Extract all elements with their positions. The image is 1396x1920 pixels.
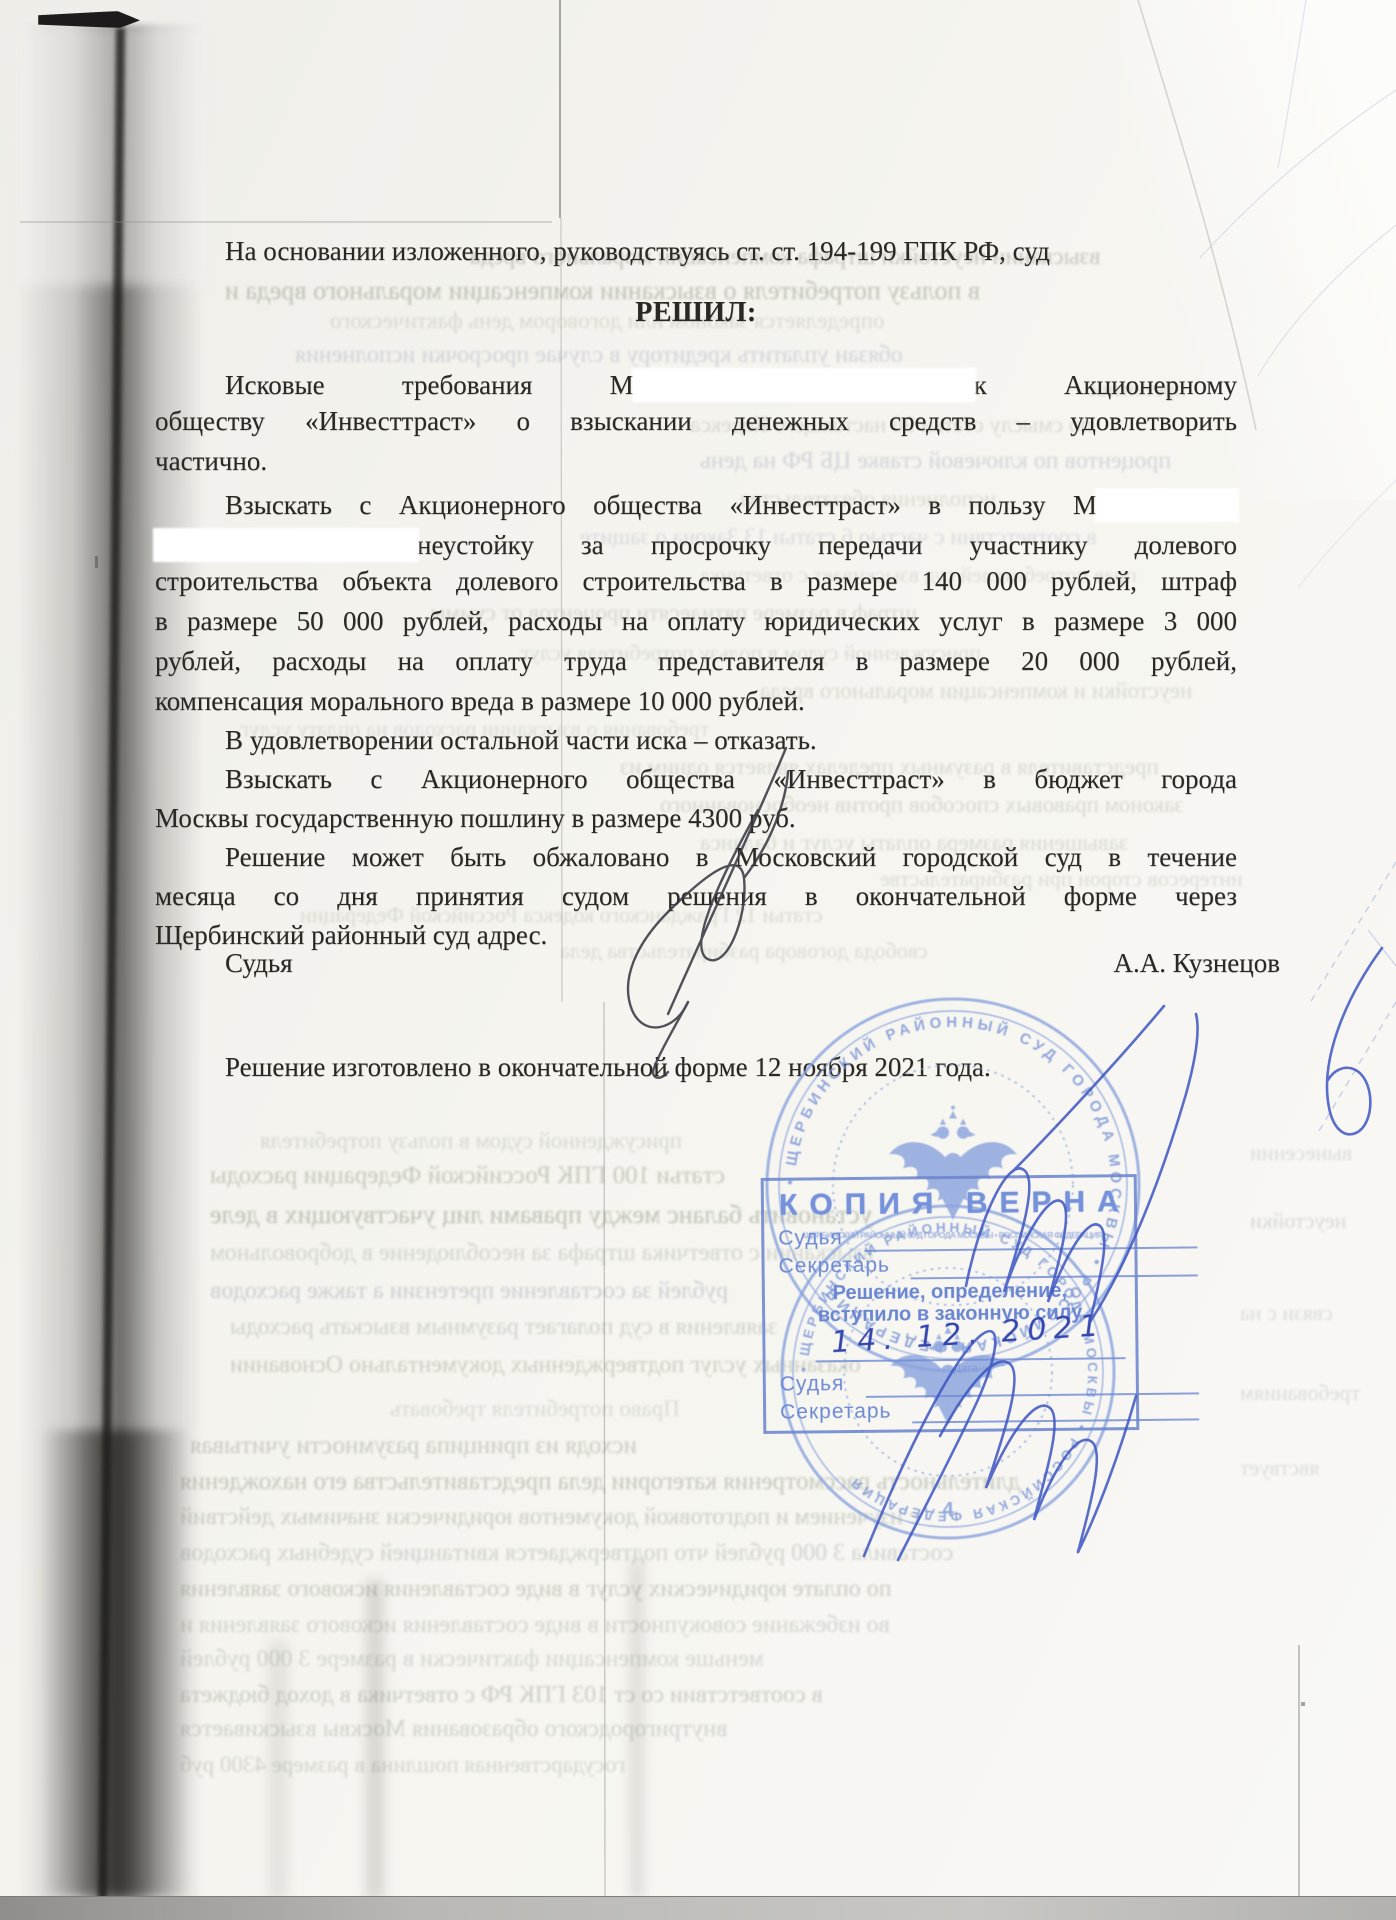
award-line: рублей, расходы на оплату труда представ… [155, 644, 1237, 680]
claims-line: Исковые требования Мк Акционерному [155, 364, 1237, 400]
scanner-edge-band [0, 1896, 1396, 1920]
text-segment: рублей, расходы на оплату труда представ… [155, 646, 1237, 676]
stamp-secretary-label-2: Секретарь [780, 1400, 892, 1425]
text-segment: Взыскать с Акционерного общества «Инвест… [225, 764, 1237, 794]
text-segment: строительства объекта долевого строитель… [155, 566, 1237, 596]
stamp-judge-label: Судья [778, 1226, 843, 1251]
award-line: в размере 50 000 рублей, расходы на опла… [155, 604, 1237, 640]
award-line: Взыскать с Акционерного общества «Инвест… [155, 484, 1237, 520]
copy-verna-stamp: КОПИЯ ВЕРНА Судья Секретарь Решение, опр… [761, 1174, 1140, 1434]
award-line: компенсация морального вреда в размере 1… [155, 684, 1237, 720]
text-segment: месяца со дня принятия судом решения в о… [155, 881, 1237, 911]
stamp-title: КОПИЯ ВЕРНА [764, 1185, 1134, 1223]
text-segment: в размере 50 000 рублей, расходы на опла… [155, 606, 1237, 636]
duty-line: Взыскать с Акционерного общества «Инвест… [155, 762, 1237, 798]
stamp-date-caption: Дата [886, 1362, 1046, 1376]
text-segment: к Акционерному [974, 370, 1237, 400]
claims-line: обществу «Инвесттраст» о взыскании денеж… [155, 404, 1237, 440]
text-segment: неустойку за просрочку передачи участник… [417, 530, 1237, 560]
appeal-line: Щербинский районный суд адрес. [155, 918, 1237, 954]
text-segment: Исковые требования М [225, 370, 634, 400]
appeal-line: месяца со дня принятия судом решения в о… [155, 879, 1237, 915]
text-segment: компенсация морального вреда в размере 1… [155, 686, 805, 716]
redaction-box [155, 530, 417, 560]
duty-line: Москвы государственную пошлину в размере… [155, 801, 1237, 837]
text-segment: частично. [155, 446, 267, 476]
text-segment: На основании изложенного, руководствуясь… [225, 236, 1050, 266]
redaction-box [1097, 490, 1237, 520]
redaction-box [634, 370, 974, 400]
scanned-court-decision-page: взыскании неустойки штрафа компенсации м… [0, 0, 1396, 1920]
text-segment: обществу «Инвесттраст» о взыскании денеж… [155, 406, 1237, 436]
intro-line: На основании изложенного, руководствуясь… [155, 234, 1237, 270]
text-segment: В удовлетворении остальной части иска – … [225, 725, 817, 755]
appeal-line: Решение может быть обжаловано в Московск… [155, 840, 1237, 876]
text-segment: Решение может быть обжаловано в Московск… [225, 842, 1237, 872]
text-segment: Взыскать с Акционерного общества «Инвест… [225, 490, 1097, 520]
stamp-secretary-label: Секретарь [778, 1254, 890, 1279]
document-text-layer: Судья А.А. Кузнецов Решение изготовлено … [0, 0, 1396, 1920]
text-segment: Москвы государственную пошлину в размере… [155, 803, 796, 833]
denial-line: В удовлетворении остальной части иска – … [155, 723, 1237, 759]
award-line: неустойку за просрочку передачи участник… [155, 524, 1237, 560]
award-line: строительства объекта долевого строитель… [155, 564, 1237, 600]
text-segment: Щербинский районный суд адрес. [155, 920, 547, 950]
claims-line: частично. [155, 444, 1237, 480]
resolution-heading: РЕШИЛ: [155, 296, 1237, 332]
text-segment: РЕШИЛ: [635, 297, 757, 328]
final-form-line: Решение изготовлено в окончательной форм… [155, 1050, 1237, 1086]
stamp-judge-label-2: Судья [780, 1372, 845, 1397]
